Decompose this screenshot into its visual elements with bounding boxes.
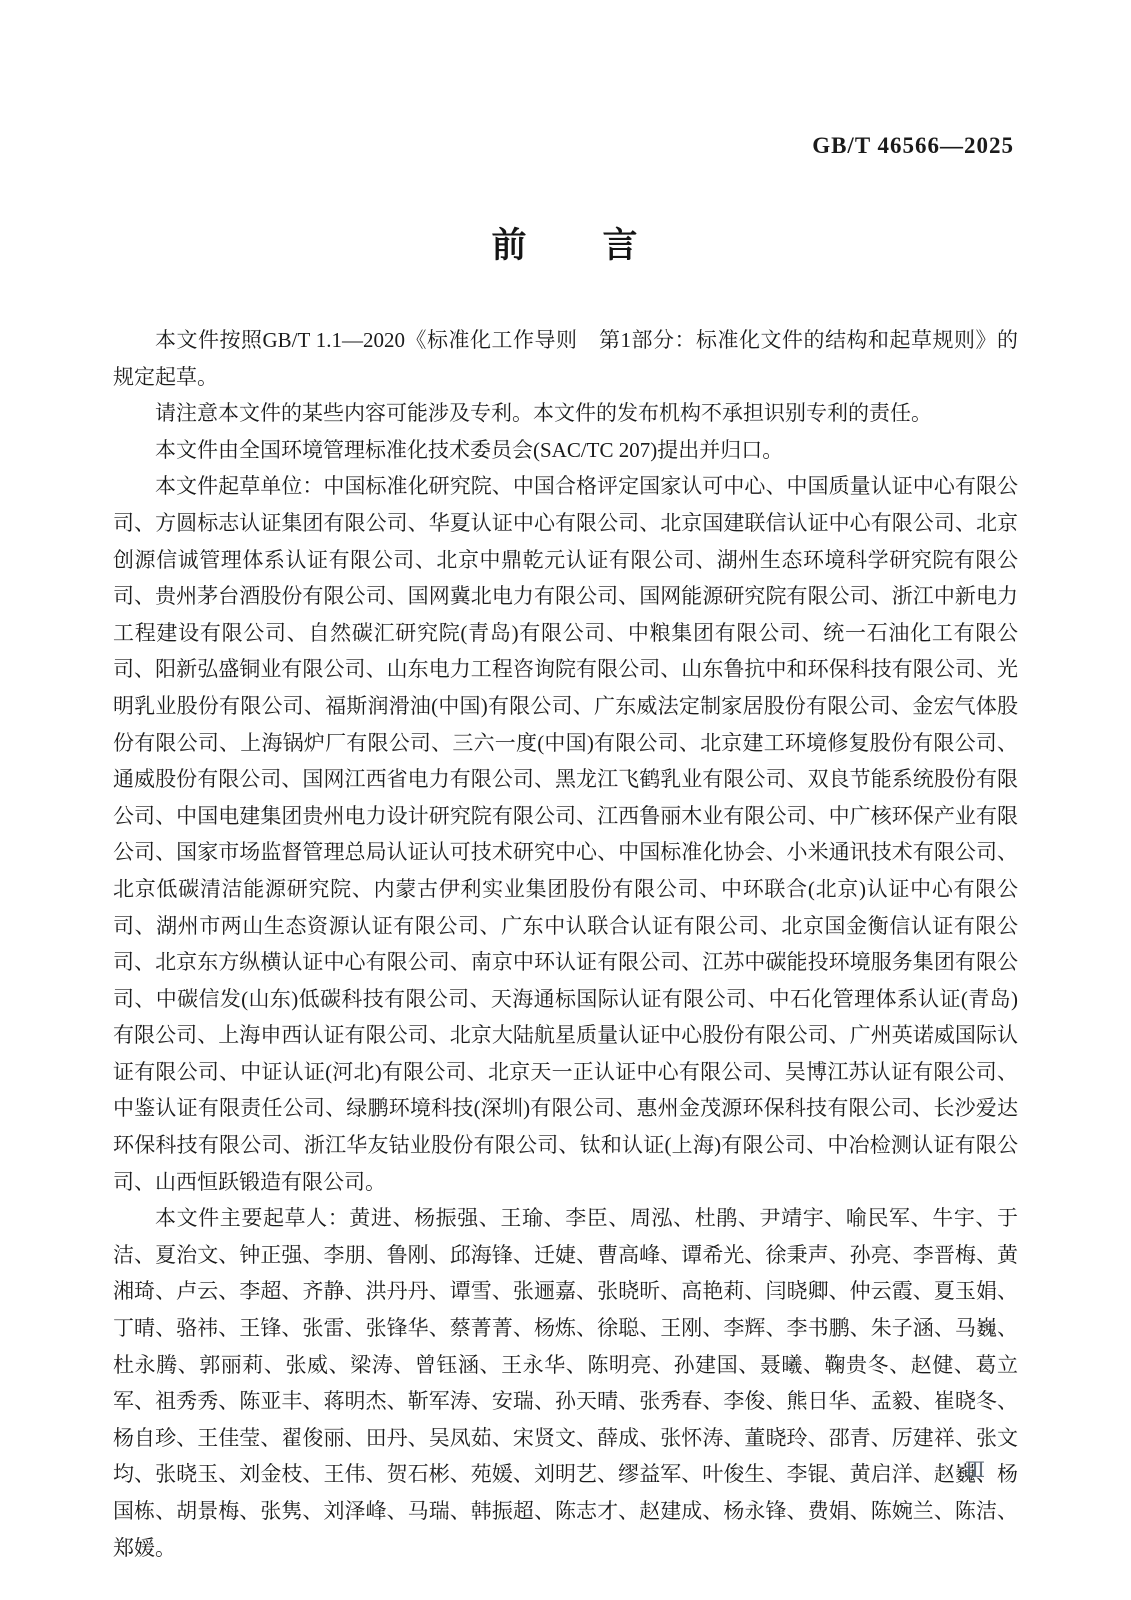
document-page: GB/T 46566—2025 前 言 本文件按照GB/T 1.1—2020《标… xyxy=(0,0,1131,1600)
page-number: Ⅲ xyxy=(955,1458,995,1483)
paragraph-committee: 本文件由全国环境管理标准化技术委员会(SAC/TC 207)提出并归口。 xyxy=(113,432,1018,469)
paragraph-patent-notice: 请注意本文件的某些内容可能涉及专利。本文件的发布机构不承担识别专利的责任。 xyxy=(113,395,1018,432)
paragraph-drafting-organizations: 本文件起草单位：中国标准化研究院、中国合格评定国家认可中心、中国质量认证中心有限… xyxy=(113,468,1018,1200)
standard-number: GB/T 46566—2025 xyxy=(812,133,1014,159)
foreword-body: 本文件按照GB/T 1.1—2020《标准化工作导则 第1部分：标准化文件的结构… xyxy=(113,322,1018,1566)
paragraph-drafters: 本文件主要起草人：黄进、杨振强、王瑜、李臣、周泓、杜鹃、尹靖宇、喻民军、牛宇、于… xyxy=(113,1200,1018,1566)
paragraph-drafting-rules: 本文件按照GB/T 1.1—2020《标准化工作导则 第1部分：标准化文件的结构… xyxy=(113,322,1018,395)
page-title: 前 言 xyxy=(0,218,1131,268)
